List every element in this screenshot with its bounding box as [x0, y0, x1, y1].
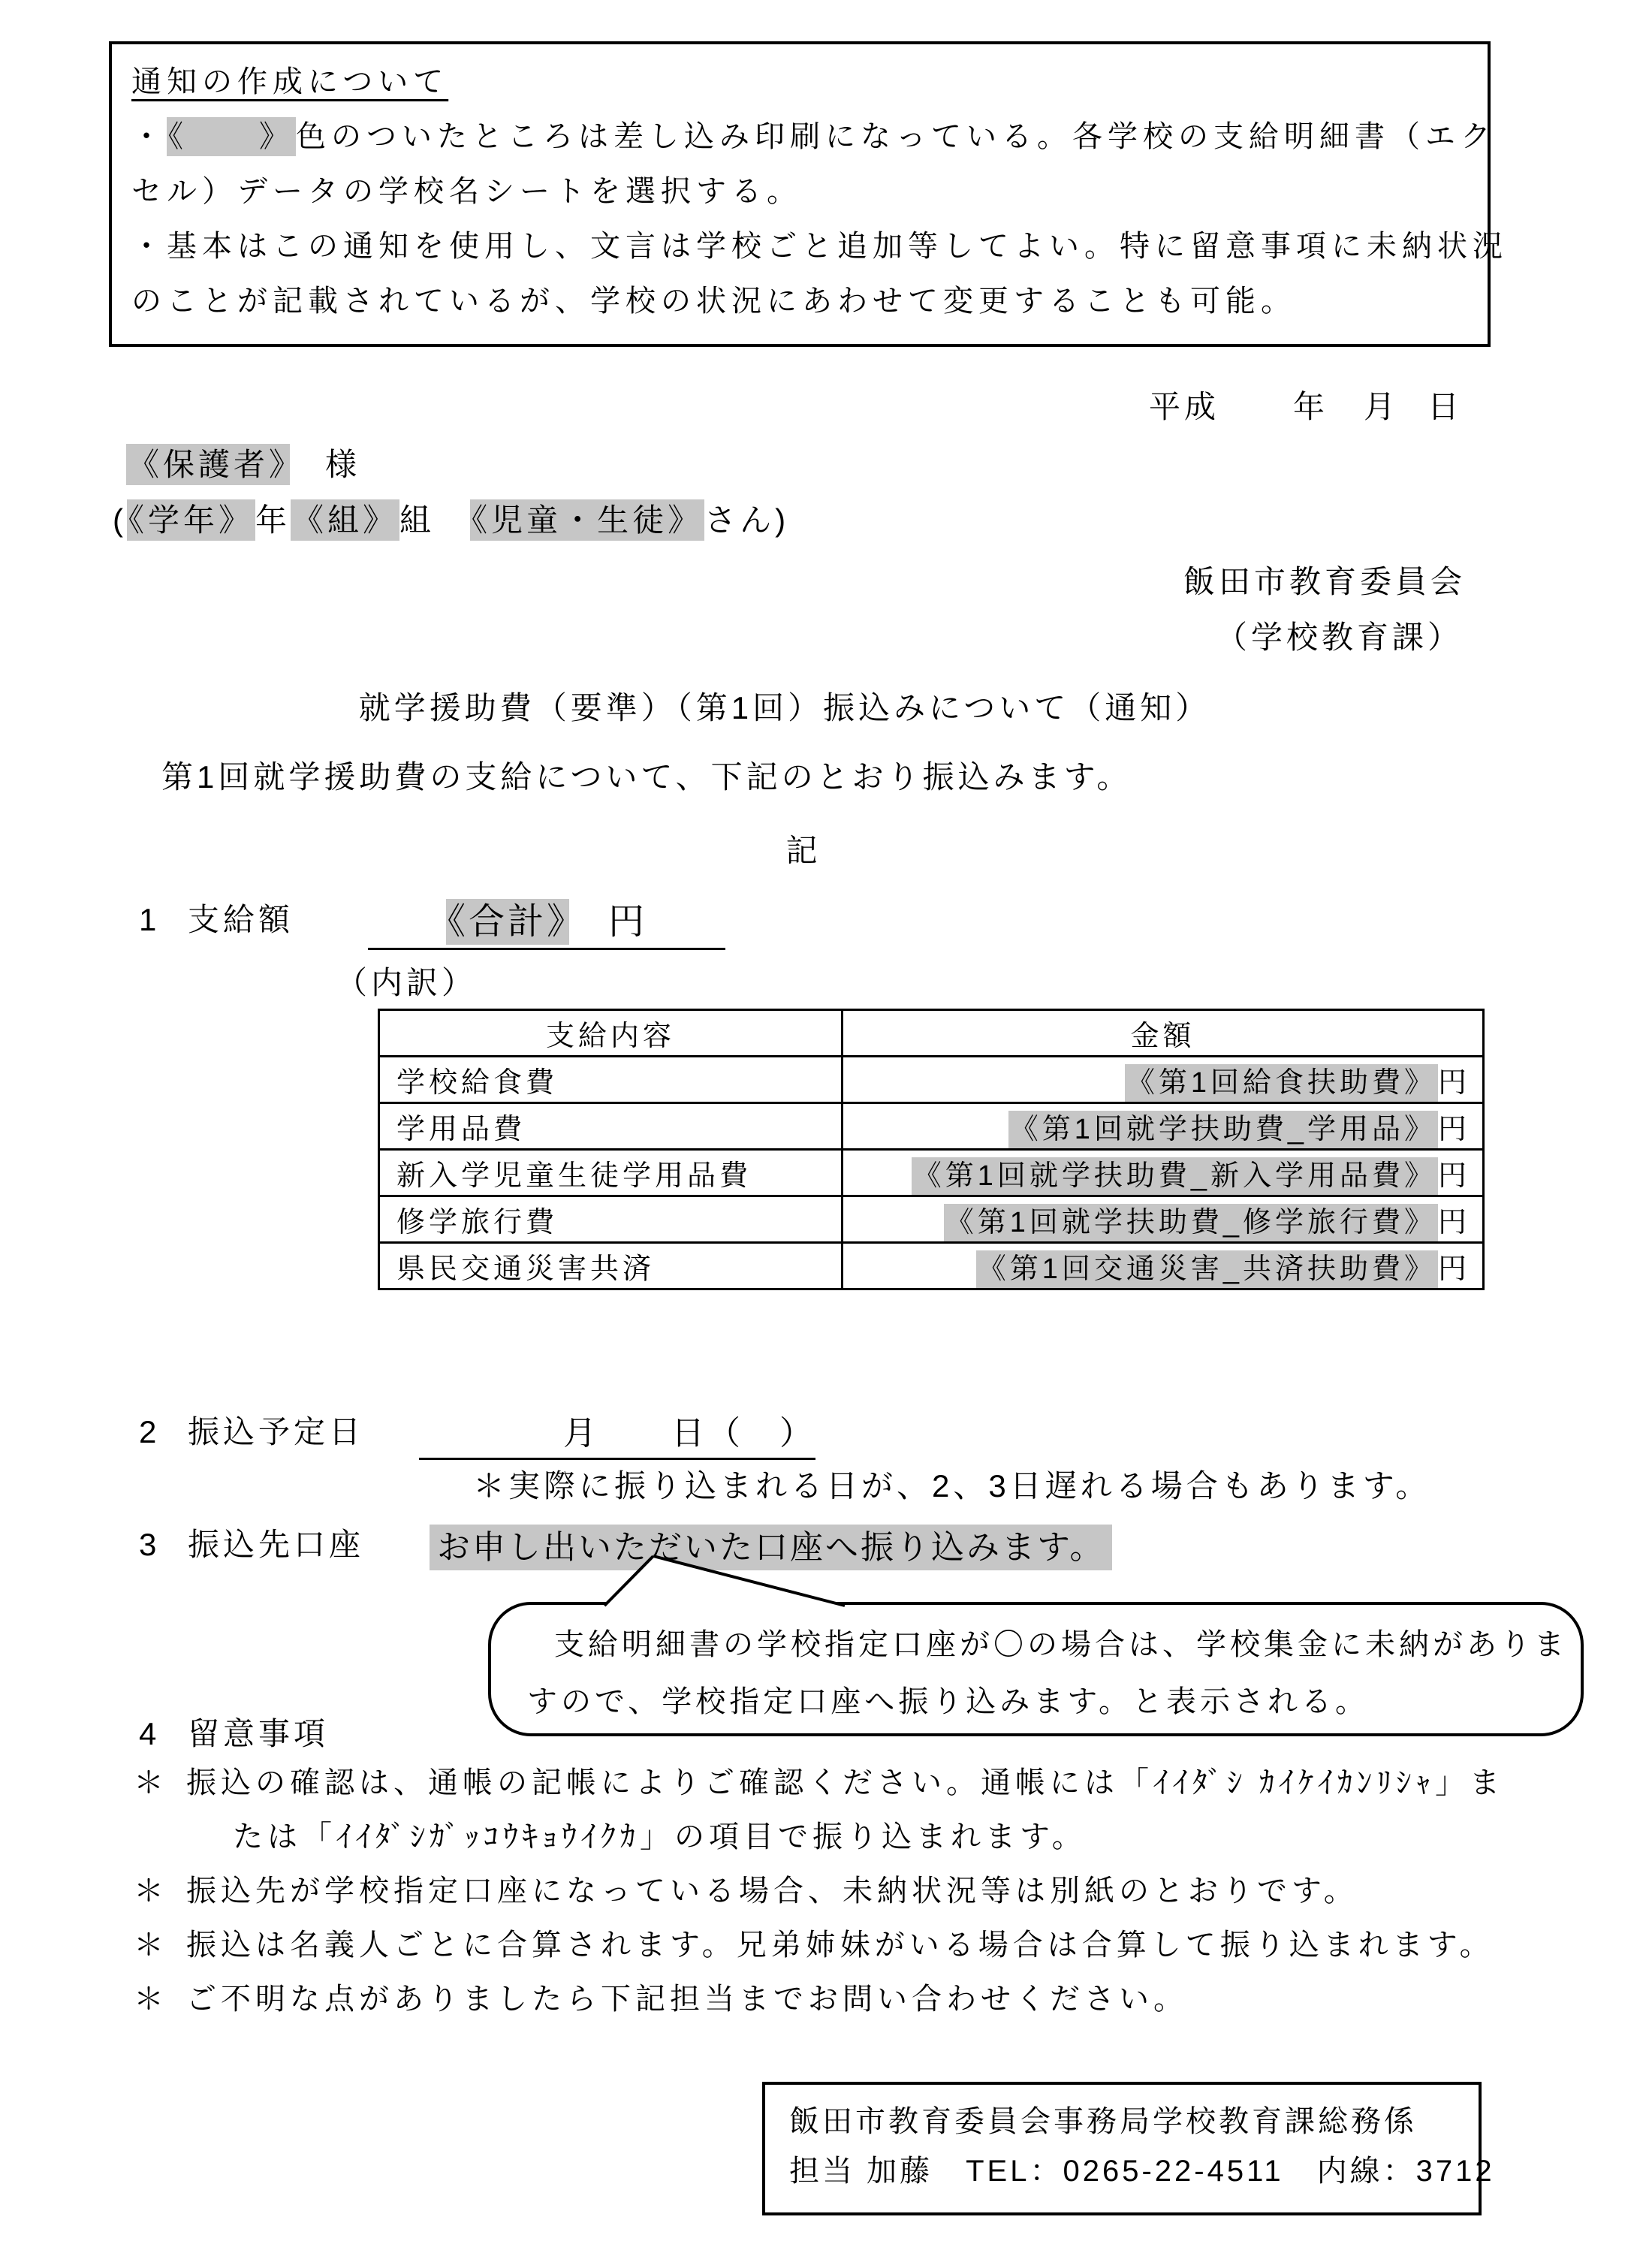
ki-marker: 記	[0, 831, 1607, 871]
amount-unit: 円	[569, 902, 725, 942]
instruction-line-1-text: 色のついたところは差し込み印刷になっている。各学校の支給明細書（エク	[296, 120, 1496, 153]
section1-label: 支給額	[188, 900, 294, 940]
merge-field-blank: 《 》	[167, 117, 296, 156]
doc-title: 就学援助費（要準）（第1回）振込みについて（通知）	[0, 688, 1569, 728]
table-row: 修学旅行費 《第1回就学扶助費_修学旅行費》円	[379, 1196, 1484, 1243]
contact-org: 飯田市教育委員会事務局学校教育課総務係	[789, 2097, 1479, 2146]
breakdown-label: （内訳）	[336, 963, 477, 1003]
bullet-marker: ＊	[134, 1763, 168, 1802]
section4-number: 4	[139, 1714, 160, 1754]
instruction-line-3: ・基本はこの通知を使用し、文言は学校ごと追加等してよい。特に留意事項に未納状況	[131, 219, 1468, 274]
row-amount: 《第1回就学扶助費_学用品》円	[843, 1103, 1484, 1150]
amount-merge-field: 《第1回就学扶助費_修学旅行費》	[944, 1204, 1438, 1241]
date-year-label: 年	[1293, 387, 1328, 427]
intro-sentence: 第1回就学援助費の支給について、下記のとおり振込みます。	[161, 757, 1132, 798]
amount-underline: 《合計》 円	[368, 902, 725, 950]
row-item-label: 修学旅行費	[379, 1196, 843, 1243]
table-row: 新入学児童生徒学用品費 《第1回就学扶助費_新入学用品費》円	[379, 1150, 1484, 1196]
section2-number: 2	[139, 1412, 160, 1452]
date-month-label: 月	[1364, 387, 1399, 427]
document-page: 通知の作成について ・《 》色のついたところは差し込み印刷になっている。各学校の…	[0, 0, 1652, 2253]
amount-unit-label: 円	[1438, 1114, 1470, 1145]
transfer-date-blank: 月 日（ ）	[419, 1415, 815, 1460]
section3-number: 3	[139, 1525, 160, 1565]
amount-unit-label: 円	[1438, 1067, 1470, 1099]
table-header-amount: 金額	[843, 1010, 1484, 1057]
row-item-label: 学用品費	[379, 1103, 843, 1150]
row-amount: 《第1回交通災害_共済扶助費》円	[843, 1243, 1484, 1289]
section1-amount-line: 《合計》 円	[368, 892, 725, 944]
row-item-label: 新入学児童生徒学用品費	[379, 1150, 843, 1196]
instruction-box: 通知の作成について ・《 》色のついたところは差し込み印刷になっている。各学校の…	[109, 41, 1491, 347]
bullet1-line2: たは「ｲｲﾀﾞｼｶﾞｯｺｳｷｮｳｲｸｶ」の項目で振り込まれます。	[233, 1817, 1087, 1856]
instruction-line-2: セル）データの学校名シートを選択する。	[131, 164, 1468, 219]
callout-line-2: すので、学校指定口座へ振り込みます。と表示される。	[527, 1678, 1369, 1721]
section1-number: 1	[139, 900, 160, 940]
class-merge-field: 《組》	[291, 499, 399, 541]
callout-line-1: 支給明細書の学校指定口座が〇の場合は、学校集金に未納がありま	[554, 1621, 1568, 1663]
table-row: 県民交通災害共済 《第1回交通災害_共済扶助費》円	[379, 1243, 1484, 1289]
amount-unit-label: 円	[1438, 1253, 1470, 1285]
recipient-line-2: (《学年》年《組》組 《児童・生徒》さん)	[113, 500, 789, 541]
instruction-line-1: ・《 》色のついたところは差し込み印刷になっている。各学校の支給明細書（エク	[131, 110, 1468, 164]
bullet-marker: ＊	[134, 1980, 168, 2019]
instruction-title-text: 通知の作成について	[131, 65, 448, 98]
section3-label: 振込先口座	[188, 1525, 364, 1565]
amount-merge-field: 《第1回就学扶助費_学用品》	[1008, 1111, 1438, 1148]
date-day-label: 日	[1427, 387, 1463, 427]
amount-unit-label: 円	[1438, 1160, 1470, 1192]
contact-person-tel: 担当 加藤 TEL：0265-22-4511 内線：3712	[789, 2146, 1479, 2196]
table-row: 学校給食費 《第1回給食扶助費》円	[379, 1057, 1484, 1103]
bullet-marker: ＊	[134, 1926, 168, 1965]
row-amount: 《第1回給食扶助費》円	[843, 1057, 1484, 1103]
section2-blank-line: 月 日（ ）	[419, 1406, 815, 1454]
instruction-bullet: ・	[131, 120, 167, 153]
section2-label: 振込予定日	[188, 1412, 364, 1452]
grade-suffix: 年	[255, 502, 291, 538]
section4-label: 留意事項	[188, 1714, 329, 1754]
row-item-label: 学校給食費	[379, 1057, 843, 1103]
instruction-title: 通知の作成について	[131, 55, 1468, 110]
recipient-line-1: 《保護者》 様	[126, 445, 360, 485]
bullet-marker: ＊	[134, 1871, 168, 1911]
bullet1-line1: 振込の確認は、通帳の記帳によりご確認ください。通帳には「ｲｲﾀﾞｼ ｶｲｹｲｶﾝ…	[186, 1763, 1504, 1802]
row-amount: 《第1回就学扶助費_修学旅行費》円	[843, 1196, 1484, 1243]
table-header-row: 支給内容 金額	[379, 1010, 1484, 1057]
amount-lead-space	[368, 902, 446, 942]
recipient-honorific: 様	[290, 447, 360, 482]
table-header-item: 支給内容	[379, 1010, 843, 1057]
guardian-merge-field: 《保護者》	[126, 444, 290, 485]
paren-open: (	[113, 502, 127, 538]
student-merge-field: 《児童・生徒》	[470, 499, 704, 541]
amount-merge-field: 《第1回給食扶助費》	[1125, 1064, 1438, 1102]
bullet3-text: 振込は名義人ごとに合算されます。兄弟姉妹がいる場合は合算して振り込まれます。	[186, 1926, 1494, 1965]
amount-unit-label: 円	[1438, 1207, 1470, 1238]
row-item-label: 県民交通災害共済	[379, 1243, 843, 1289]
bullet2-text: 振込先が学校指定口座になっている場合、未納状況等は別紙のとおりです。	[186, 1871, 1358, 1911]
date-era: 平成	[1149, 387, 1219, 427]
amount-merge-field: 《第1回交通災害_共済扶助費》	[976, 1250, 1438, 1288]
table-row: 学用品費 《第1回就学扶助費_学用品》円	[379, 1103, 1484, 1150]
class-suffix: 組	[399, 502, 470, 538]
instruction-line-4: のことが記載されているが、学校の状況にあわせて変更することも可能。	[131, 274, 1468, 329]
section2-note: ＊実際に振り込まれる日が、2、3日遅れる場合もあります。	[473, 1466, 1430, 1507]
contact-box: 飯田市教育委員会事務局学校教育課総務係 担当 加藤 TEL：0265-22-45…	[762, 2082, 1482, 2215]
row-amount: 《第1回就学扶助費_新入学用品費》円	[843, 1150, 1484, 1196]
student-suffix: さん)	[704, 502, 789, 538]
total-merge-field: 《合計》	[446, 899, 569, 945]
sender-org: 飯田市教育委員会	[0, 562, 1466, 602]
amount-merge-field: 《第1回就学扶助費_新入学用品費》	[912, 1157, 1438, 1195]
breakdown-table: 支給内容 金額 学校給食費 《第1回給食扶助費》円 学用品費 《第1回就学扶助費…	[378, 1009, 1485, 1290]
grade-merge-field: 《学年》	[127, 499, 255, 541]
bullet4-text: ご不明な点がありましたら下記担当までお問い合わせください。	[186, 1980, 1188, 2019]
sender-dept: （学校教育課）	[0, 617, 1463, 658]
